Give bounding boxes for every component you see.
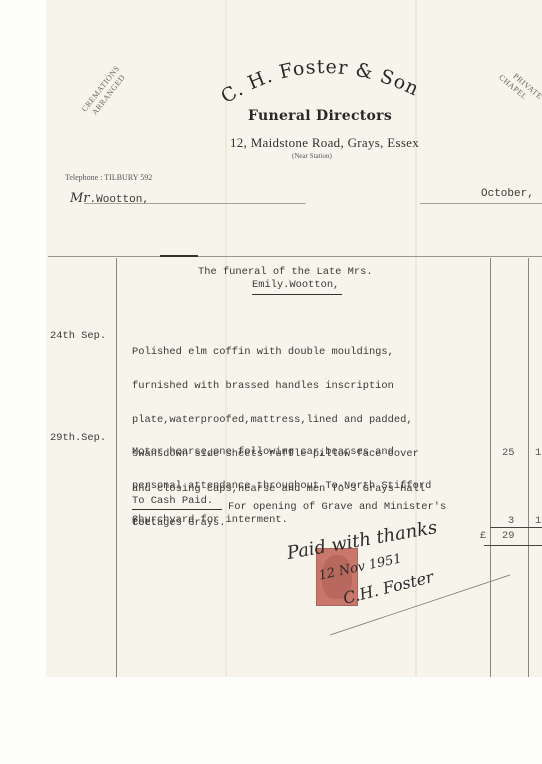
funeral-heading: The funeral of the Late Mrs. bbox=[198, 267, 373, 278]
telephone: Telephone : TILBURY 592 bbox=[65, 173, 152, 182]
description-line: personal attendance throughout To-North … bbox=[132, 481, 431, 492]
total-pounds: 29 bbox=[502, 531, 514, 542]
firm-name: C. H. Foster & Son bbox=[218, 52, 433, 112]
table-top-rule bbox=[48, 256, 542, 257]
item-description: For opening of Grave and Minister's bbox=[228, 502, 446, 513]
total-rule bbox=[484, 545, 542, 546]
item-date: 29th.Sep. bbox=[50, 433, 106, 444]
deceased-name: Emily.Wootton, bbox=[252, 280, 339, 291]
signature-flourish bbox=[320, 560, 520, 640]
customer-underline bbox=[84, 203, 306, 204]
svg-text:C. H. Foster & Son: C. H. Foster & Son bbox=[218, 56, 423, 108]
customer-name: .Wootton, bbox=[90, 194, 149, 206]
item-date: 24th Sep. bbox=[50, 331, 106, 342]
item-pounds: 3 bbox=[508, 516, 514, 527]
address-note: (Near Station) bbox=[292, 152, 332, 160]
firm-address: 12, Maidstone Road, Grays, Essex bbox=[230, 135, 419, 151]
item-shillings: 1 bbox=[535, 448, 541, 459]
bill-date: October, bbox=[481, 189, 534, 200]
subtotal-rule bbox=[490, 527, 542, 528]
description-line: Motor hearse,one following car,bearses a… bbox=[132, 447, 431, 458]
item-pounds: 25 bbox=[502, 448, 514, 459]
item-shillings: 1 bbox=[535, 516, 541, 527]
cash-paid-underline bbox=[132, 509, 222, 510]
total-currency: £ bbox=[480, 531, 486, 542]
date-underline bbox=[420, 203, 542, 204]
customer-line: Mr.Wootton, bbox=[70, 189, 149, 207]
deceased-underline bbox=[252, 294, 342, 295]
description-line: Polished elm coffin with double moulding… bbox=[132, 347, 425, 358]
description-line: furnished with brassed handles inscripti… bbox=[132, 381, 425, 392]
cash-paid-label: To Cash Paid. bbox=[132, 496, 213, 507]
item-description: Motor hearse,one following car,bearses a… bbox=[132, 424, 431, 538]
rule-mark bbox=[160, 255, 198, 257]
shillings-column-divider bbox=[528, 258, 529, 677]
funeral-directors-title: Funeral Directors bbox=[248, 108, 392, 124]
date-column-divider bbox=[116, 258, 117, 677]
item-description: fee. bbox=[132, 518, 157, 529]
